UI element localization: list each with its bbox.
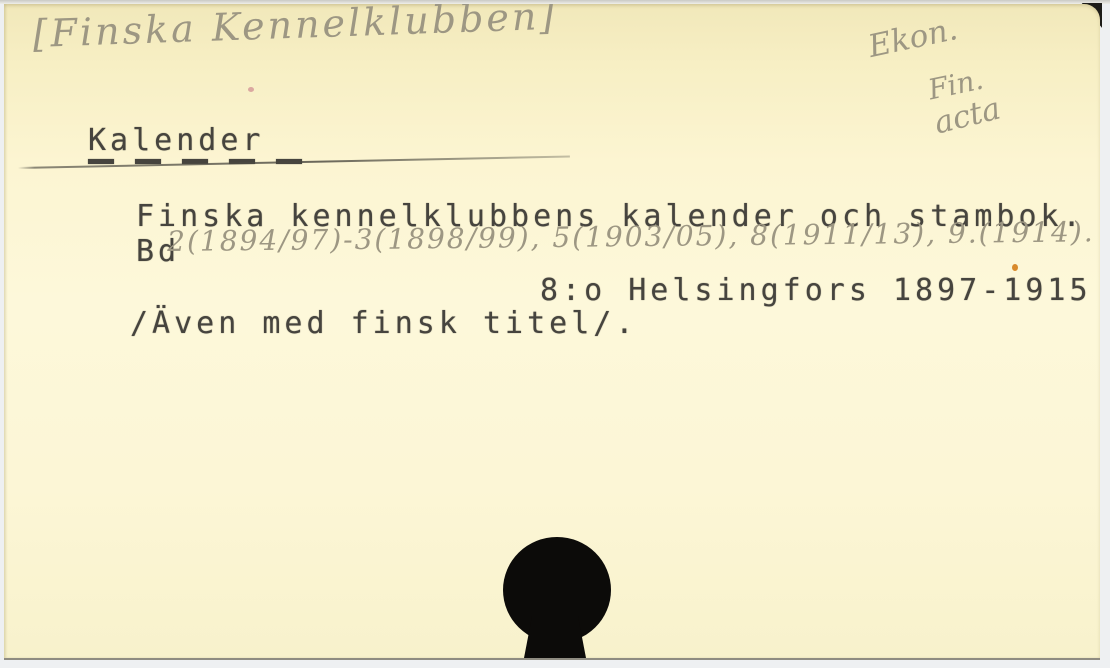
- catalog-card: [Finska Kennelklubben] Ekon. Fin. acta K…: [4, 4, 1100, 660]
- catalog-rod-hole-stem: [524, 616, 586, 658]
- typed-dash: [88, 159, 114, 164]
- scan-speck: [248, 87, 254, 92]
- corner-note-ekon: Ekon.: [865, 11, 960, 65]
- imprint-line: 8:o Helsingfors 1897-1915: [540, 274, 1092, 308]
- scanned-catalog-card-page: [Finska Kennelklubben] Ekon. Fin. acta K…: [0, 0, 1110, 668]
- card-title: Kalender: [88, 124, 265, 158]
- scan-speck: [1012, 264, 1018, 271]
- handwritten-heading: [Finska Kennelklubben]: [32, 4, 558, 56]
- language-note-line: /Även med finsk titel/.: [130, 307, 637, 341]
